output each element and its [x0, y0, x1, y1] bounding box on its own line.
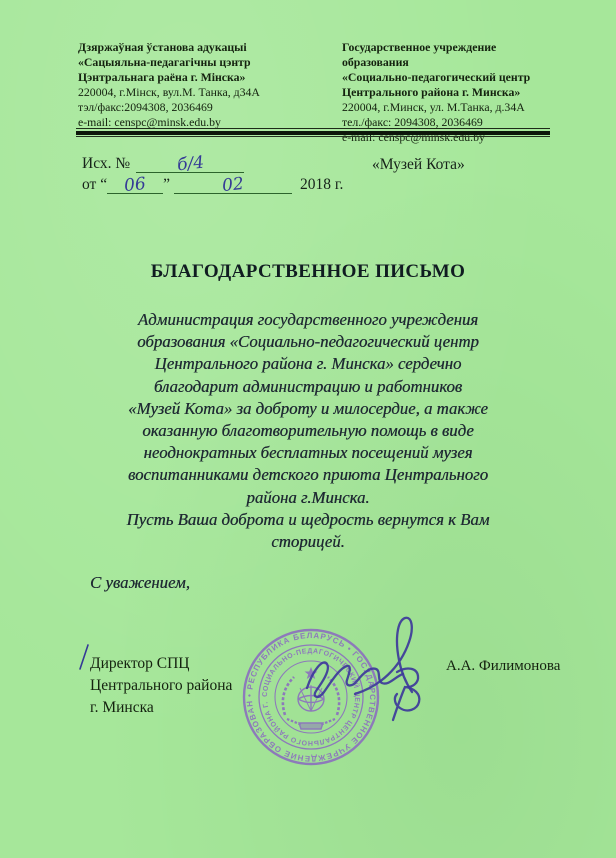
- body-line: образования «Социально-педагогический це…: [36, 332, 580, 354]
- body-line: воспитанниками детского приюта Центральн…: [36, 465, 580, 487]
- reference-block: Исх. №б/4 от “06”022018 г.: [82, 152, 343, 194]
- body-line: «Музей Кота» за доброту и милосердие, а …: [36, 399, 580, 421]
- date-close-quote: ”: [163, 176, 170, 193]
- date-year: 2018 г.: [300, 176, 343, 193]
- letter-body: Администрация государственного учреждени…: [36, 310, 580, 554]
- letterhead-line: «Сацыяльна-педагагічны цэнтр: [78, 55, 340, 70]
- outgoing-label: Исх. №: [82, 155, 130, 172]
- body-line: Пусть Ваша доброта и щедрость вернутся к…: [36, 510, 580, 532]
- letterhead-line: Центрального района г. Минска»: [342, 85, 554, 100]
- body-line: неоднократных бесплатных посещений музея: [36, 443, 580, 465]
- closing-salutation: С уважением,: [90, 573, 190, 593]
- letter-title: БЛАГОДАРСТВЕННОЕ ПИСЬМО: [0, 261, 616, 283]
- letterhead-line: Цэнтральнага раёна г. Мінска»: [78, 70, 340, 85]
- signer-position: Директор СПЦ Центрального района г. Минс…: [90, 653, 232, 719]
- letterhead-line: «Социально-педагогический центр: [342, 70, 554, 85]
- recipient-label: «Музей Кота»: [372, 156, 465, 174]
- signer-name: А.А. Филимонова: [446, 658, 560, 675]
- letter-page: Дзяржаўная ўстанова адукацыі «Сацыяльна-…: [0, 0, 616, 858]
- letterhead-line: Дзяржаўная ўстанова адукацыі: [78, 40, 340, 55]
- date-from-label: от “: [82, 176, 107, 193]
- body-line: Администрация государственного учреждени…: [36, 310, 580, 332]
- letterhead-address: 220004, г.Минск, ул. М.Танка, д.34А: [342, 100, 554, 115]
- date-day-line: 06: [107, 173, 163, 194]
- outgoing-number-handwritten: б/4: [176, 153, 205, 176]
- outgoing-number-line: б/4: [136, 152, 244, 173]
- date-day-handwritten: 06: [123, 174, 147, 196]
- outgoing-number-row: Исх. №б/4: [82, 152, 343, 173]
- date-month-handwritten: 02: [221, 174, 245, 196]
- letterhead-phone: тэл/факс:2094308, 2036469: [78, 100, 340, 115]
- date-month-line: 02: [174, 173, 292, 194]
- letterhead-divider: [76, 128, 550, 137]
- letterhead-line: Государственное учреждение образования: [342, 40, 554, 70]
- body-line: оказанную благотворительную помощь в вид…: [36, 421, 580, 443]
- body-line: района г.Минска.: [36, 488, 580, 510]
- body-line: Центрального района г. Минска» сердечно: [36, 354, 580, 376]
- letterhead-address: 220004, г.Мінск, вул.М. Танка, д34А: [78, 85, 340, 100]
- body-line: благодарит администрацию и работников: [36, 377, 580, 399]
- body-line: сторицей.: [36, 532, 580, 554]
- date-row: от “06”022018 г.: [82, 173, 343, 194]
